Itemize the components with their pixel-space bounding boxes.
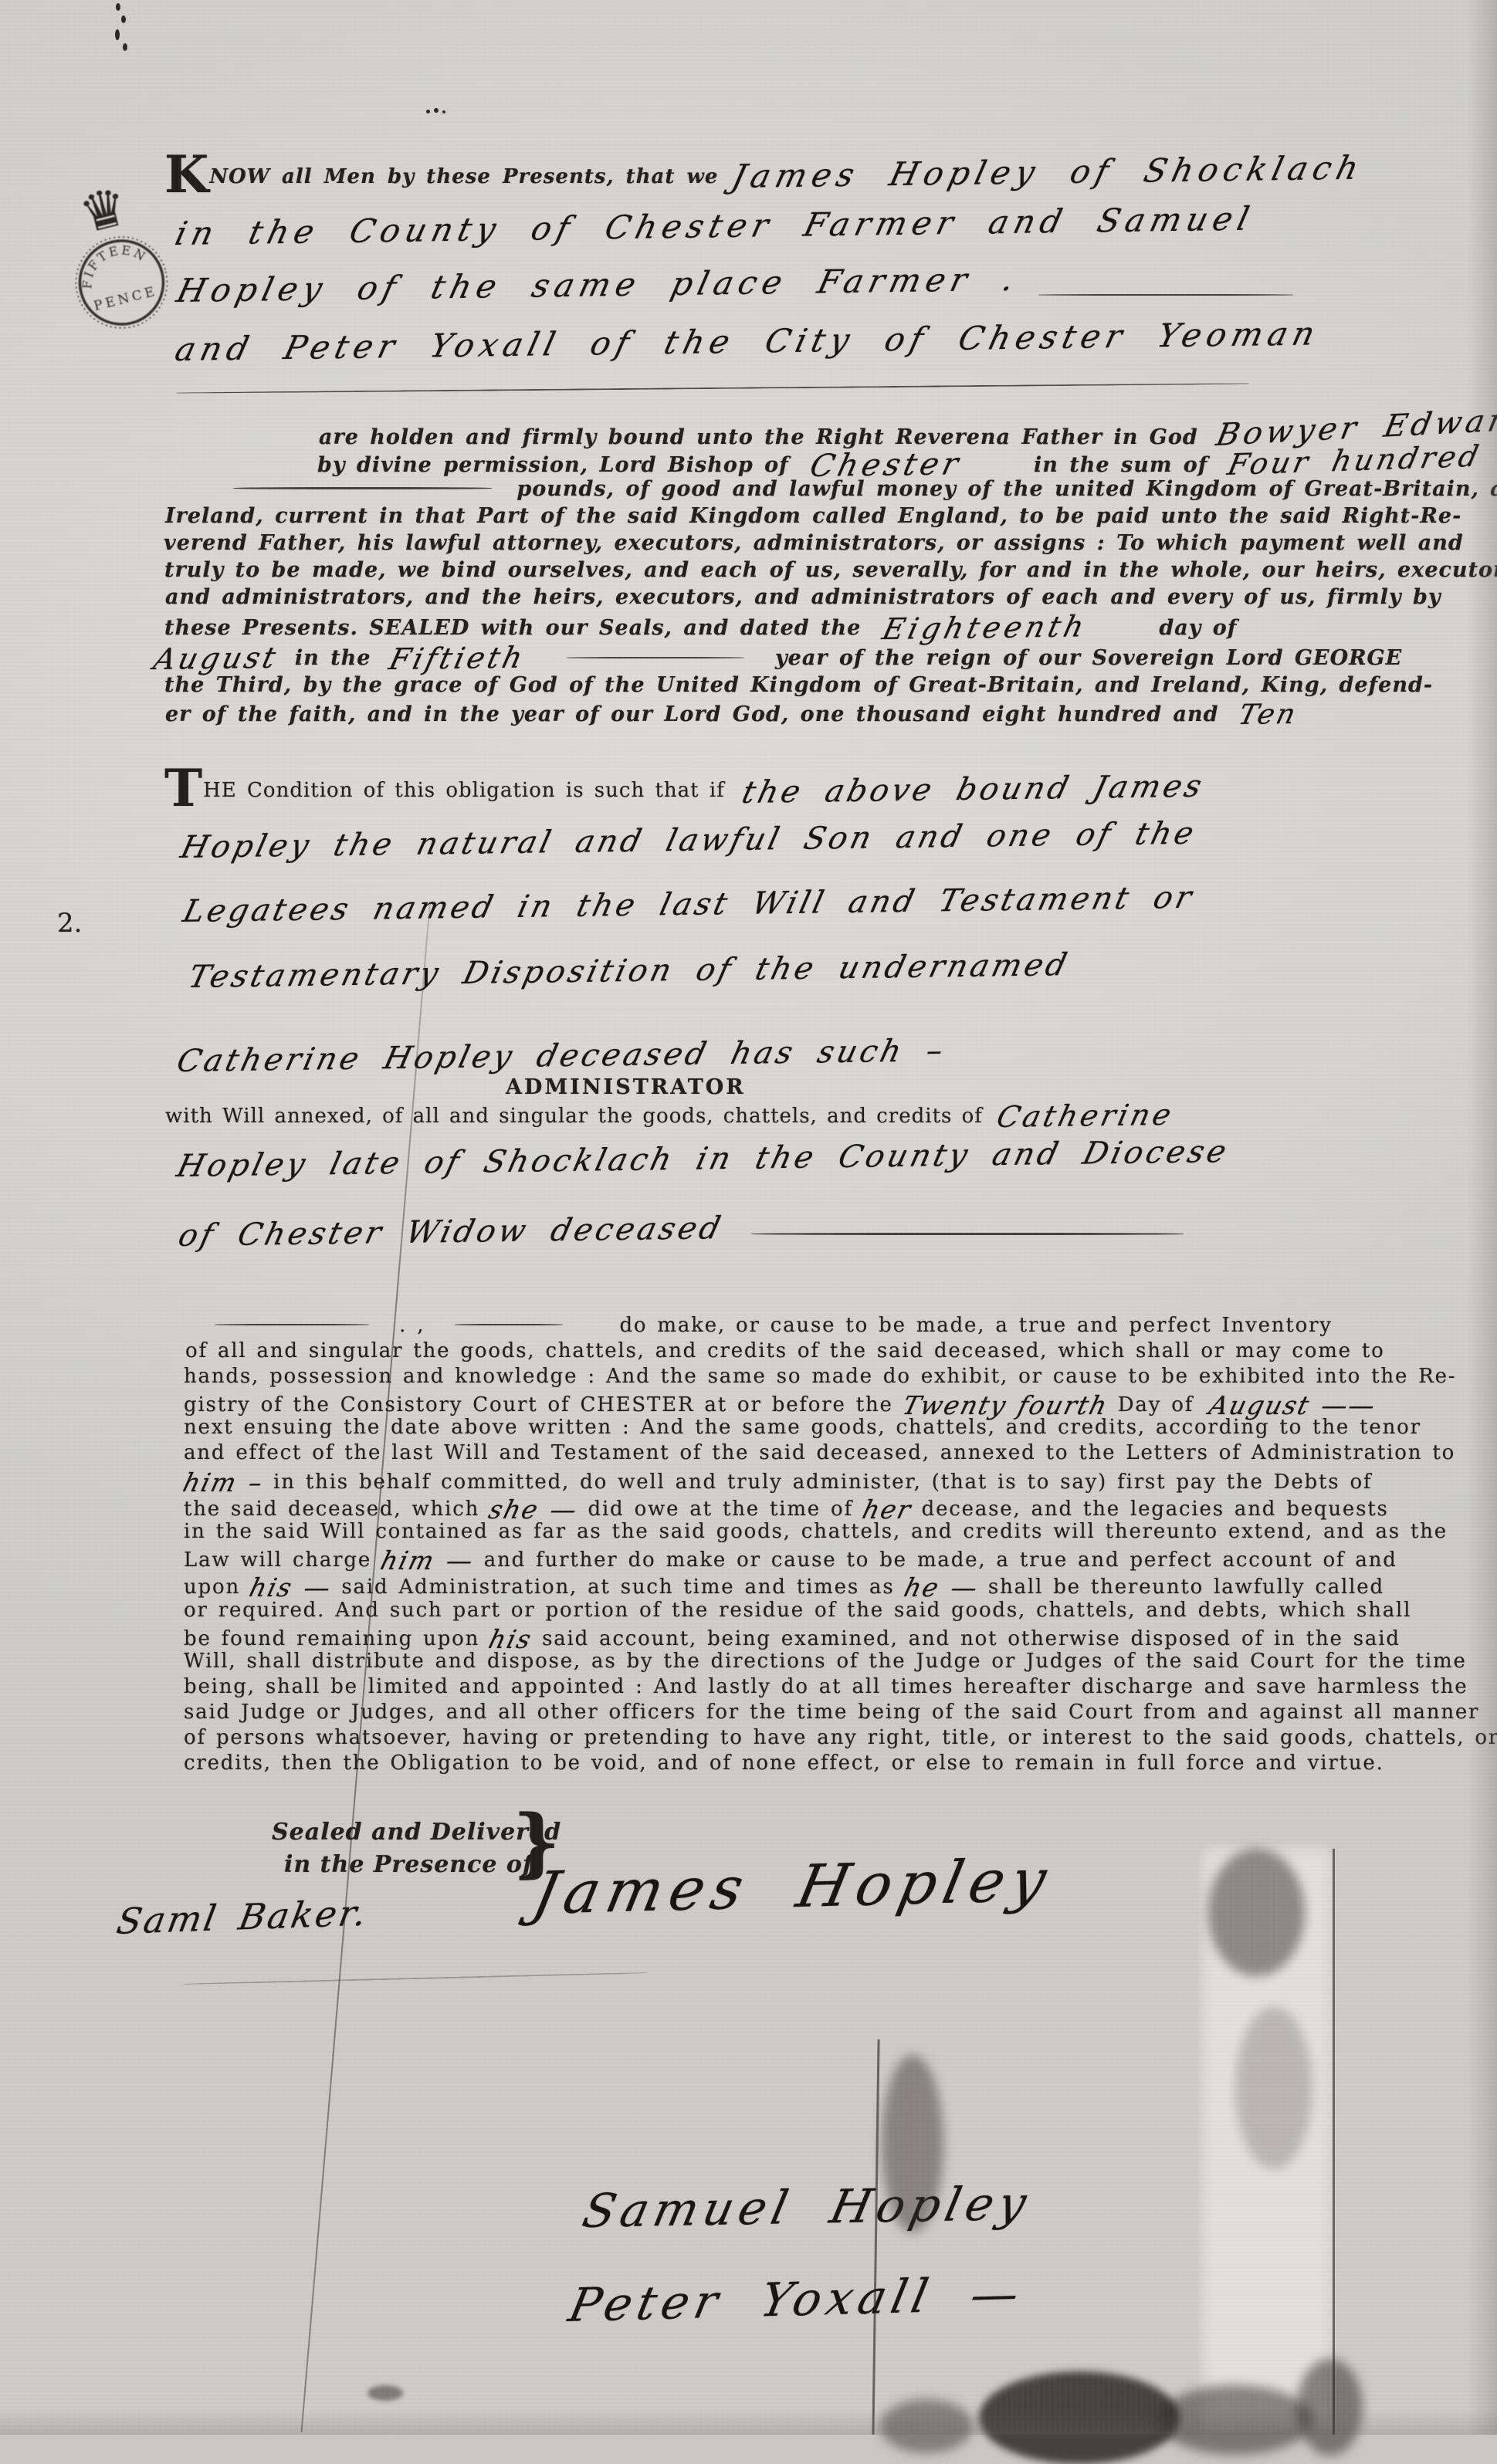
attestation-line-2: in the Presence of <box>284 1851 533 1878</box>
bond-line-11: er of the faith, and in the year of our … <box>165 699 1297 731</box>
inventory-printed: Day of <box>1118 1393 1194 1416</box>
drop-cap-k: K <box>164 144 209 205</box>
right-scan-edge <box>1467 0 1497 2435</box>
inventory-line-12: or required. And such part or portion of… <box>184 1599 1411 1622</box>
inventory-line-10: Law will charge him — and further do mak… <box>184 1545 1397 1576</box>
drop-cap-t: T <box>164 758 203 818</box>
handwritten-name-line-1: James Hopley of Shocklach <box>729 149 1368 195</box>
condition-line-6: with Will annexed, of all and singular t… <box>165 1100 1173 1134</box>
bond-printed: in the sum of <box>1034 453 1207 477</box>
ruled-line <box>1038 294 1293 296</box>
condition-printed: HE Condition of this obligation is such … <box>203 779 725 802</box>
handwritten-condition-8: of Chester Widow deceased <box>175 1210 727 1254</box>
bond-line-8: these Presents. SEALED with our Seals, a… <box>164 612 1237 646</box>
condition-line-4: Testamentary Disposition of the undernam… <box>189 960 1066 995</box>
handwritten-day: Eighteenth <box>879 609 1091 646</box>
bond-printed: these Presents. SEALED with our Seals, a… <box>164 616 861 640</box>
handwritten-insert-pronoun: him – <box>180 1467 267 1498</box>
crown-icon: ♛ <box>73 176 134 246</box>
inventory-line-14: Will, shall distribute and dispose, as b… <box>184 1650 1467 1673</box>
condition-line-3: Legatees named in the last Will and Test… <box>184 894 1190 929</box>
opening-line-2: in the County of Chester Farmer and Samu… <box>176 215 1250 252</box>
administrator-label: ADMINISTRATOR <box>506 1075 746 1099</box>
inventory-printed: did owe at the time of <box>588 1498 853 1521</box>
bond-line-4: Ireland, current in that Part of the sai… <box>165 504 1461 528</box>
inventory-printed: gistry of the Consistory Court of CHESTE… <box>184 1393 893 1416</box>
handwritten-condition-1: the above bound James <box>738 769 1207 811</box>
handwritten-deceased-name: Catherine <box>994 1098 1177 1134</box>
opening-printed-text: NOW all Men by these Presents, that we <box>209 165 718 188</box>
inventory-line-17: of persons whatsoever, having or pretend… <box>184 1726 1497 1749</box>
inventory-line-16: said Judge or Judges, and all other offi… <box>184 1701 1479 1724</box>
inventory-printed: decease, and the legacies and bequests <box>922 1498 1389 1521</box>
handwritten-name-line-2: in the County of Chester Farmer and Samu… <box>171 200 1258 252</box>
handwritten-condition-7: Hopley late of Shocklach in the County a… <box>174 1134 1233 1184</box>
witness-signature: Saml Baker. <box>113 1892 372 1942</box>
inventory-printed: upon <box>184 1576 240 1599</box>
bond-line-10: the Third, by the grace of God of the Un… <box>164 673 1433 697</box>
ruled-line <box>567 657 744 658</box>
ruled-line <box>215 1324 369 1325</box>
bond-printed: day of <box>1159 616 1237 640</box>
bond-line-9: August in the Fiftieth year of the reign… <box>154 642 1402 676</box>
inventory-line-3: hands, possession and knowledge : And th… <box>184 1365 1456 1388</box>
smudge <box>1208 1849 1305 1976</box>
bond-printed: are holden and firmly bound unto the Rig… <box>319 425 1198 449</box>
handwritten-condition-4: Testamentary Disposition of the undernam… <box>185 947 1073 995</box>
inventory-printed: the said deceased, which <box>184 1498 479 1521</box>
inventory-line-6: and effect of the last Will and Testamen… <box>184 1441 1455 1464</box>
condition-line-1: THE Condition of this obligation is such… <box>164 768 1202 811</box>
bond-line-7: and administrators, and the heirs, execu… <box>165 585 1441 609</box>
inventory-printed: . , <box>399 1314 425 1337</box>
inventory-line-5: next ensuing the date above written : An… <box>184 1416 1421 1439</box>
inventory-printed: said Administration, at such time and ti… <box>341 1576 894 1599</box>
signature-peter-yoxall: Peter Yoxall — <box>564 2267 1029 2333</box>
condition-line-7: Hopley late of Shocklach in the County a… <box>178 1149 1225 1184</box>
bond-printed: pounds, of good and lawful money of the … <box>516 477 1497 501</box>
signature-samuel-hopley: Samuel Hopley <box>578 2177 1037 2239</box>
inventory-line-7: him – in this behalf committed, do well … <box>184 1467 1372 1498</box>
margin-number: 2. <box>57 908 82 939</box>
underline-stroke <box>176 383 1249 394</box>
ruled-line <box>233 487 492 489</box>
condition-line-8: of Chester Widow deceased <box>179 1218 1184 1254</box>
inventory-printed: be found remaining upon <box>184 1627 479 1650</box>
inventory-printed: Law will charge <box>184 1548 371 1572</box>
opening-line-4: and Peter Yoxall of the City of Chester … <box>176 330 1316 368</box>
bond-line-3: pounds, of good and lawful money of the … <box>233 477 1497 501</box>
inventory-line-2: of all and singular the goods, chattels,… <box>185 1339 1385 1362</box>
strip-edge-line <box>1333 1849 1335 2435</box>
bond-line-5: verend Father, his lawful attorney, exec… <box>164 531 1464 555</box>
opening-line-3: Hopley of the same place Farmer . <box>178 272 1293 310</box>
condition-printed: with Will annexed, of all and singular t… <box>165 1105 983 1128</box>
bond-printed: er of the faith, and in the year of our … <box>165 702 1219 726</box>
signature-underline <box>184 1972 647 1985</box>
smudge-bottom <box>880 2399 973 2435</box>
inventory-printed: do make, or cause to be made, a true and… <box>619 1314 1332 1337</box>
stamp-text-bottom: PENCE <box>93 283 159 314</box>
ruled-line <box>455 1324 563 1325</box>
condition-line-2: Hopley the natural and lawful Son and on… <box>181 830 1193 865</box>
inventory-printed: said account, being examined, and not ot… <box>542 1627 1400 1650</box>
inventory-line-15: being, shall be limited and appointed : … <box>184 1675 1468 1698</box>
bond-printed: by divine permission, Lord Bishop of <box>317 453 789 477</box>
bond-printed: in the <box>295 646 371 670</box>
signature-james-hopley: James Hopley <box>527 1846 1059 1928</box>
bond-line-6: truly to be made, we bind ourselves, and… <box>164 558 1497 582</box>
handwritten-year: Ten <box>1235 699 1301 731</box>
strip-edge-line <box>872 2039 879 2435</box>
inventory-line-1: . , do make, or cause to be made, a true… <box>215 1314 1333 1337</box>
handwritten-name-line-3: Hopley of the same place Farmer . <box>173 260 1023 310</box>
inventory-printed: shall be thereunto lawfully called <box>988 1576 1384 1599</box>
revenue-stamp: ♛ FIFTEEN PENCE <box>48 169 183 344</box>
handwritten-name-line-4: and Peter Yoxall of the City of Chester … <box>171 314 1323 368</box>
smudge <box>882 2055 943 2232</box>
handwritten-insert-pronoun: him — <box>378 1545 477 1576</box>
inventory-line-9: in the said Will contained as far as the… <box>184 1520 1448 1543</box>
opening-line-1: KNOW all Men by these Presents, that we … <box>164 154 1361 195</box>
condition-line-5: Catherine Hopley deceased has such – <box>178 1044 943 1079</box>
handwritten-condition-3: Legatees named in the last Will and Test… <box>180 880 1198 929</box>
scanned-bond-document: ♛ FIFTEEN PENCE 2. KNOW all Men by these… <box>0 0 1497 2435</box>
inventory-printed: in this behalf committed, do well and tr… <box>273 1471 1372 1494</box>
handwritten-month: August <box>151 641 282 676</box>
small-mark <box>367 2385 403 2401</box>
smudge-bottom <box>979 2371 1180 2435</box>
bond-printed: year of the reign of our Sovereign Lord … <box>775 646 1402 670</box>
handwritten-condition-2: Hopley the natural and lawful Son and on… <box>178 816 1201 865</box>
inventory-line-18: credits, then the Obligation to be void,… <box>184 1752 1384 1775</box>
smudge <box>1235 2007 1312 2169</box>
handwritten-regnal-year: Fiftieth <box>386 641 529 676</box>
stamp-graphic: ♛ FIFTEEN PENCE <box>48 169 183 344</box>
inventory-printed: and further do make or cause to be made,… <box>484 1548 1397 1572</box>
ruled-line <box>751 1233 1184 1235</box>
handwritten-condition-5: Catherine Hopley deceased has such – <box>174 1033 950 1079</box>
